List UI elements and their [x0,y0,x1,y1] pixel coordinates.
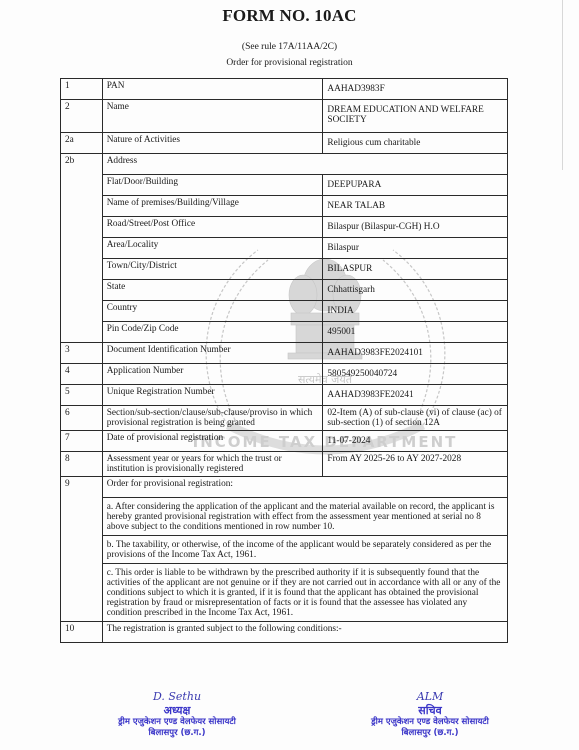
table-row-address: 2b Address [61,154,508,175]
address-value: Bilaspur [323,238,508,259]
order-paragraph-a: a. After considering the application of … [102,498,507,536]
address-value: Chhattisgarh [323,280,508,301]
row-number: 7 [61,431,103,452]
address-value: 495001 [323,322,508,343]
table-row-section: 6 Section/sub-section/clause/sub-clause/… [61,406,508,431]
address-row: Country INDIA [61,301,508,322]
signature-scribble: D. Sethu [92,690,262,704]
row-number: 10 [61,622,103,643]
row-label: Unique Registration Number [102,385,323,406]
order-paragraph-row: c. This order is liable to be withdrawn … [61,564,508,622]
row-number: 3 [61,343,103,364]
address-value: INDIA [323,301,508,322]
assessment-value: From AY 2025-26 to AY 2027-2028 [323,452,508,477]
address-label: Road/Street/Post Office [102,217,323,238]
table-row-name: 2 Name DREAM EDUCATION AND WELFARE SOCIE… [61,100,508,133]
address-value: DEEPUPARA [323,175,508,196]
address-row: Area/Locality Bilaspur [61,238,508,259]
row-label: The registration is granted subject to t… [102,622,507,643]
address-label: Pin Code/Zip Code [102,322,323,343]
address-row: Road/Street/Post Office Bilaspur (Bilasp… [61,217,508,238]
row-number: 8 [61,452,103,477]
row-number: 2a [61,133,103,154]
row-number: 4 [61,364,103,385]
president-signature-stamp: D. Sethu अध्यक्ष ड्रीम एजुकेशन एण्ड वेलफ… [92,690,262,739]
pan-value: AAHAD3983F [323,79,508,100]
address-row: Town/City/District BILASPUR [61,259,508,280]
row-label: Section/sub-section/clause/sub-clause/pr… [102,406,323,431]
table-row-conditions: 10 The registration is granted subject t… [61,622,508,643]
order-paragraph-row: b. The taxability, or otherwise, of the … [61,536,508,564]
rule-reference: (See rule 17A/11AA/2C) [0,42,579,52]
nature-value: Religious cum charitable [323,133,508,154]
address-row: Flat/Door/Building DEEPUPARA [61,175,508,196]
signatory-org: ड्रीम एजुकेशन एण्ड वेलफेयर सोसायटी [340,717,520,728]
order-paragraph-c: c. This order is liable to be withdrawn … [102,564,507,622]
address-value: BILASPUR [323,259,508,280]
signature-scribble: ALM [340,690,520,704]
address-value: NEAR TALAB [323,196,508,217]
address-row: Pin Code/Zip Code 495001 [61,322,508,343]
application-value: 580549250040724 [323,364,508,385]
address-label: Country [102,301,323,322]
row-number: 1 [61,79,103,100]
signatory-place: बिलासपुर (छ.ग.) [340,728,520,739]
row-label: Application Number [102,364,323,385]
address-label: Name of premises/Building/Village [102,196,323,217]
row-number: 2b [61,154,103,175]
address-label: State [102,280,323,301]
address-value: Bilaspur (Bilaspur-CGH) H.O [323,217,508,238]
table-row-din: 3 Document Identification Number AAHAD39… [61,343,508,364]
form-title: FORM NO. 10AC [0,6,579,26]
table-row-pan: 1 PAN AAHAD3983F [61,79,508,100]
signatory-role: सचिव [340,704,520,717]
row-label: Order for provisional registration: [102,477,507,498]
urn-value: AAHAD3983FE20241 [323,385,508,406]
row-label: Assessment year or years for which the t… [102,452,323,477]
table-row-urn: 5 Unique Registration Number AAHAD3983FE… [61,385,508,406]
registration-table: 1 PAN AAHAD3983F 2 Name DREAM EDUCATION … [60,78,508,643]
row-number: 2 [61,100,103,133]
row-label: PAN [102,79,323,100]
table-row-date: 7 Date of provisional registration 11-07… [61,431,508,452]
row-label: Name [102,100,323,133]
signatory-role: अध्यक्ष [92,704,262,717]
row-label: Document Identification Number [102,343,323,364]
row-label: Nature of Activities [102,133,323,154]
row-label: Address [102,154,507,175]
address-row: State Chhattisgarh [61,280,508,301]
secretary-signature-stamp: ALM सचिव ड्रीम एजुकेशन एण्ड वेलफेयर सोसा… [340,690,520,739]
date-value: 11-07-2024 [323,431,508,452]
form-subtitle: Order for provisional registration [0,58,579,68]
row-label: Date of provisional registration [102,431,323,452]
table-row-assessment: 8 Assessment year or years for which the… [61,452,508,477]
row-number: 5 [61,385,103,406]
address-label: Area/Locality [102,238,323,259]
name-value: DREAM EDUCATION AND WELFARE SOCIETY [323,100,508,133]
table-row-order: 9 Order for provisional registration: [61,477,508,498]
order-paragraph-row: a. After considering the application of … [61,498,508,536]
table-row-application: 4 Application Number 580549250040724 [61,364,508,385]
row-number: 6 [61,406,103,431]
din-value: AAHAD3983FE2024101 [323,343,508,364]
row-number: 9 [61,477,103,498]
address-label: Flat/Door/Building [102,175,323,196]
section-value: 02-Item (A) of sub-clause (vi) of clause… [323,406,508,431]
table-row-nature: 2a Nature of Activities Religious cum ch… [61,133,508,154]
form-page: FORM NO. 10AC (See rule 17A/11AA/2C) Ord… [0,0,579,750]
signatory-place: बिलासपुर (छ.ग.) [92,728,262,739]
address-row: Name of premises/Building/Village NEAR T… [61,196,508,217]
address-label: Town/City/District [102,259,323,280]
signatory-org: ड्रीम एजुकेशन एण्ड वेलफेयर सोसायटी [92,717,262,728]
order-paragraph-b: b. The taxability, or otherwise, of the … [102,536,507,564]
